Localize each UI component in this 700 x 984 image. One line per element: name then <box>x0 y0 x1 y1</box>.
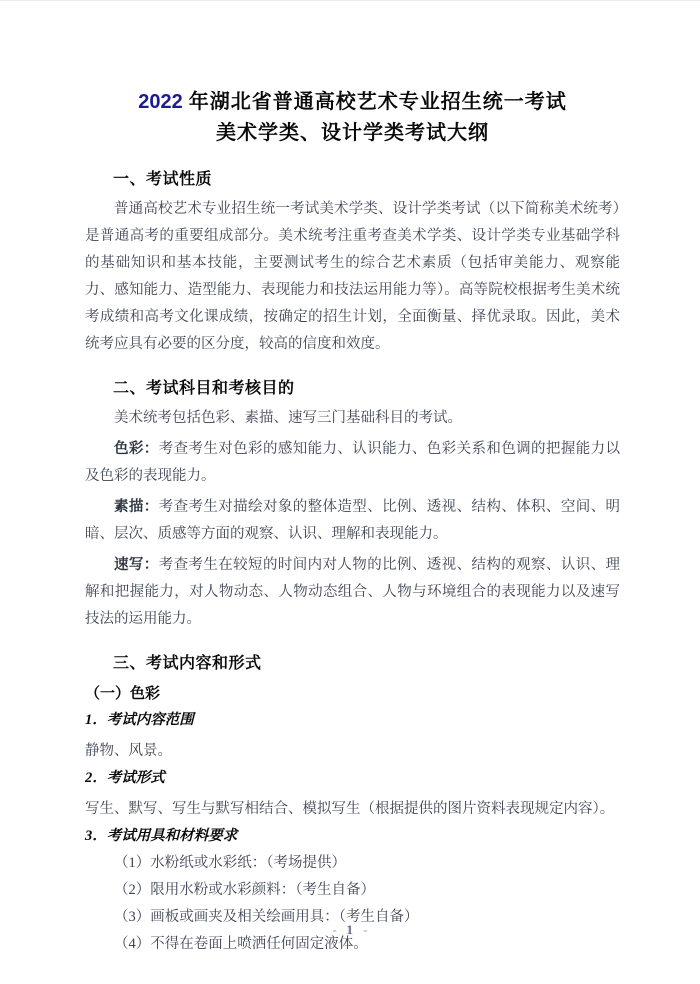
subject-text-sumiao: 考查考生对描绘对象的整体造型、比例、透视、结构、体积、空间、明暗、层次、质感等方… <box>85 499 620 542</box>
section-1-paragraph: 普通高校艺术专业招生统一考试美术学类、设计学类考试（以下简称美术统考）是普通高考… <box>85 196 620 358</box>
document-page: 2022年湖北省普通高校艺术专业招生统一考试 美术学类、设计学类考试大纲 一、考… <box>0 0 700 984</box>
subsection-1-heading: （一）色彩 <box>85 680 620 707</box>
document-title: 2022年湖北省普通高校艺术专业招生统一考试 美术学类、设计学类考试大纲 <box>85 87 620 149</box>
page-footer: -1- <box>0 921 700 939</box>
section-2-intro: 美术统考包括色彩、素描、速写三门基础科目的考试。 <box>85 405 620 432</box>
footer-page-number: 1 <box>347 922 354 937</box>
subject-paragraph-secai: 色彩：考查考生对色彩的感知能力、认识能力、色彩关系和色调的把握能力以及色彩的表现… <box>85 436 620 490</box>
subject-paragraph-suxie: 速写：考查考生在较短的时间内对人物的比例、透视、结构的观察、认识、理解和把握能力… <box>85 552 620 633</box>
block-2-heading: 2．考试形式 <box>85 765 620 792</box>
section-2-heading: 二、考试科目和考核目的 <box>85 377 620 401</box>
footer-dash-right: - <box>363 922 367 937</box>
section-1-heading: 一、考试性质 <box>85 168 620 192</box>
title-line-2: 美术学类、设计学类考试大纲 <box>85 118 620 149</box>
section-3-heading: 三、考试内容和形式 <box>85 652 620 676</box>
footer-dash-left: - <box>332 922 336 937</box>
block-3-heading: 3．考试用具和材料要求 <box>85 823 620 850</box>
subject-label-suxie: 速写： <box>114 557 159 573</box>
subject-label-sumiao: 素描： <box>114 499 159 515</box>
materials-list-item-1: （1）水粉纸或水彩纸：（考场提供） <box>85 850 620 877</box>
subject-label-secai: 色彩： <box>114 441 159 457</box>
subject-text-suxie: 考查考生在较短的时间内对人物的比例、透视、结构的观察、认识、理解和把握能力，对人… <box>85 557 620 627</box>
block-2-text: 写生、默写、写生与默写相结合、模拟写生（根据提供的图片资料表现规定内容）。 <box>85 796 620 823</box>
block-1-heading: 1．考试内容范围 <box>85 707 620 734</box>
title-line-1-text: 年湖北省普通高校艺术专业招生统一考试 <box>189 91 567 113</box>
subject-paragraph-sumiao: 素描：考查考生对描绘对象的整体造型、比例、透视、结构、体积、空间、明暗、层次、质… <box>85 494 620 548</box>
title-year: 2022 <box>138 91 183 113</box>
block-1-text: 静物、风景。 <box>85 738 620 765</box>
subject-text-secai: 考查考生对色彩的感知能力、认识能力、色彩关系和色调的把握能力以及色彩的表现能力。 <box>85 441 620 484</box>
materials-list-item-2: （2）限用水粉或水彩颜料：（考生自备） <box>85 877 620 904</box>
materials-list: （1）水粉纸或水彩纸：（考场提供） （2）限用水粉或水彩颜料：（考生自备） （3… <box>85 850 620 958</box>
title-line-1: 2022年湖北省普通高校艺术专业招生统一考试 <box>85 87 620 118</box>
